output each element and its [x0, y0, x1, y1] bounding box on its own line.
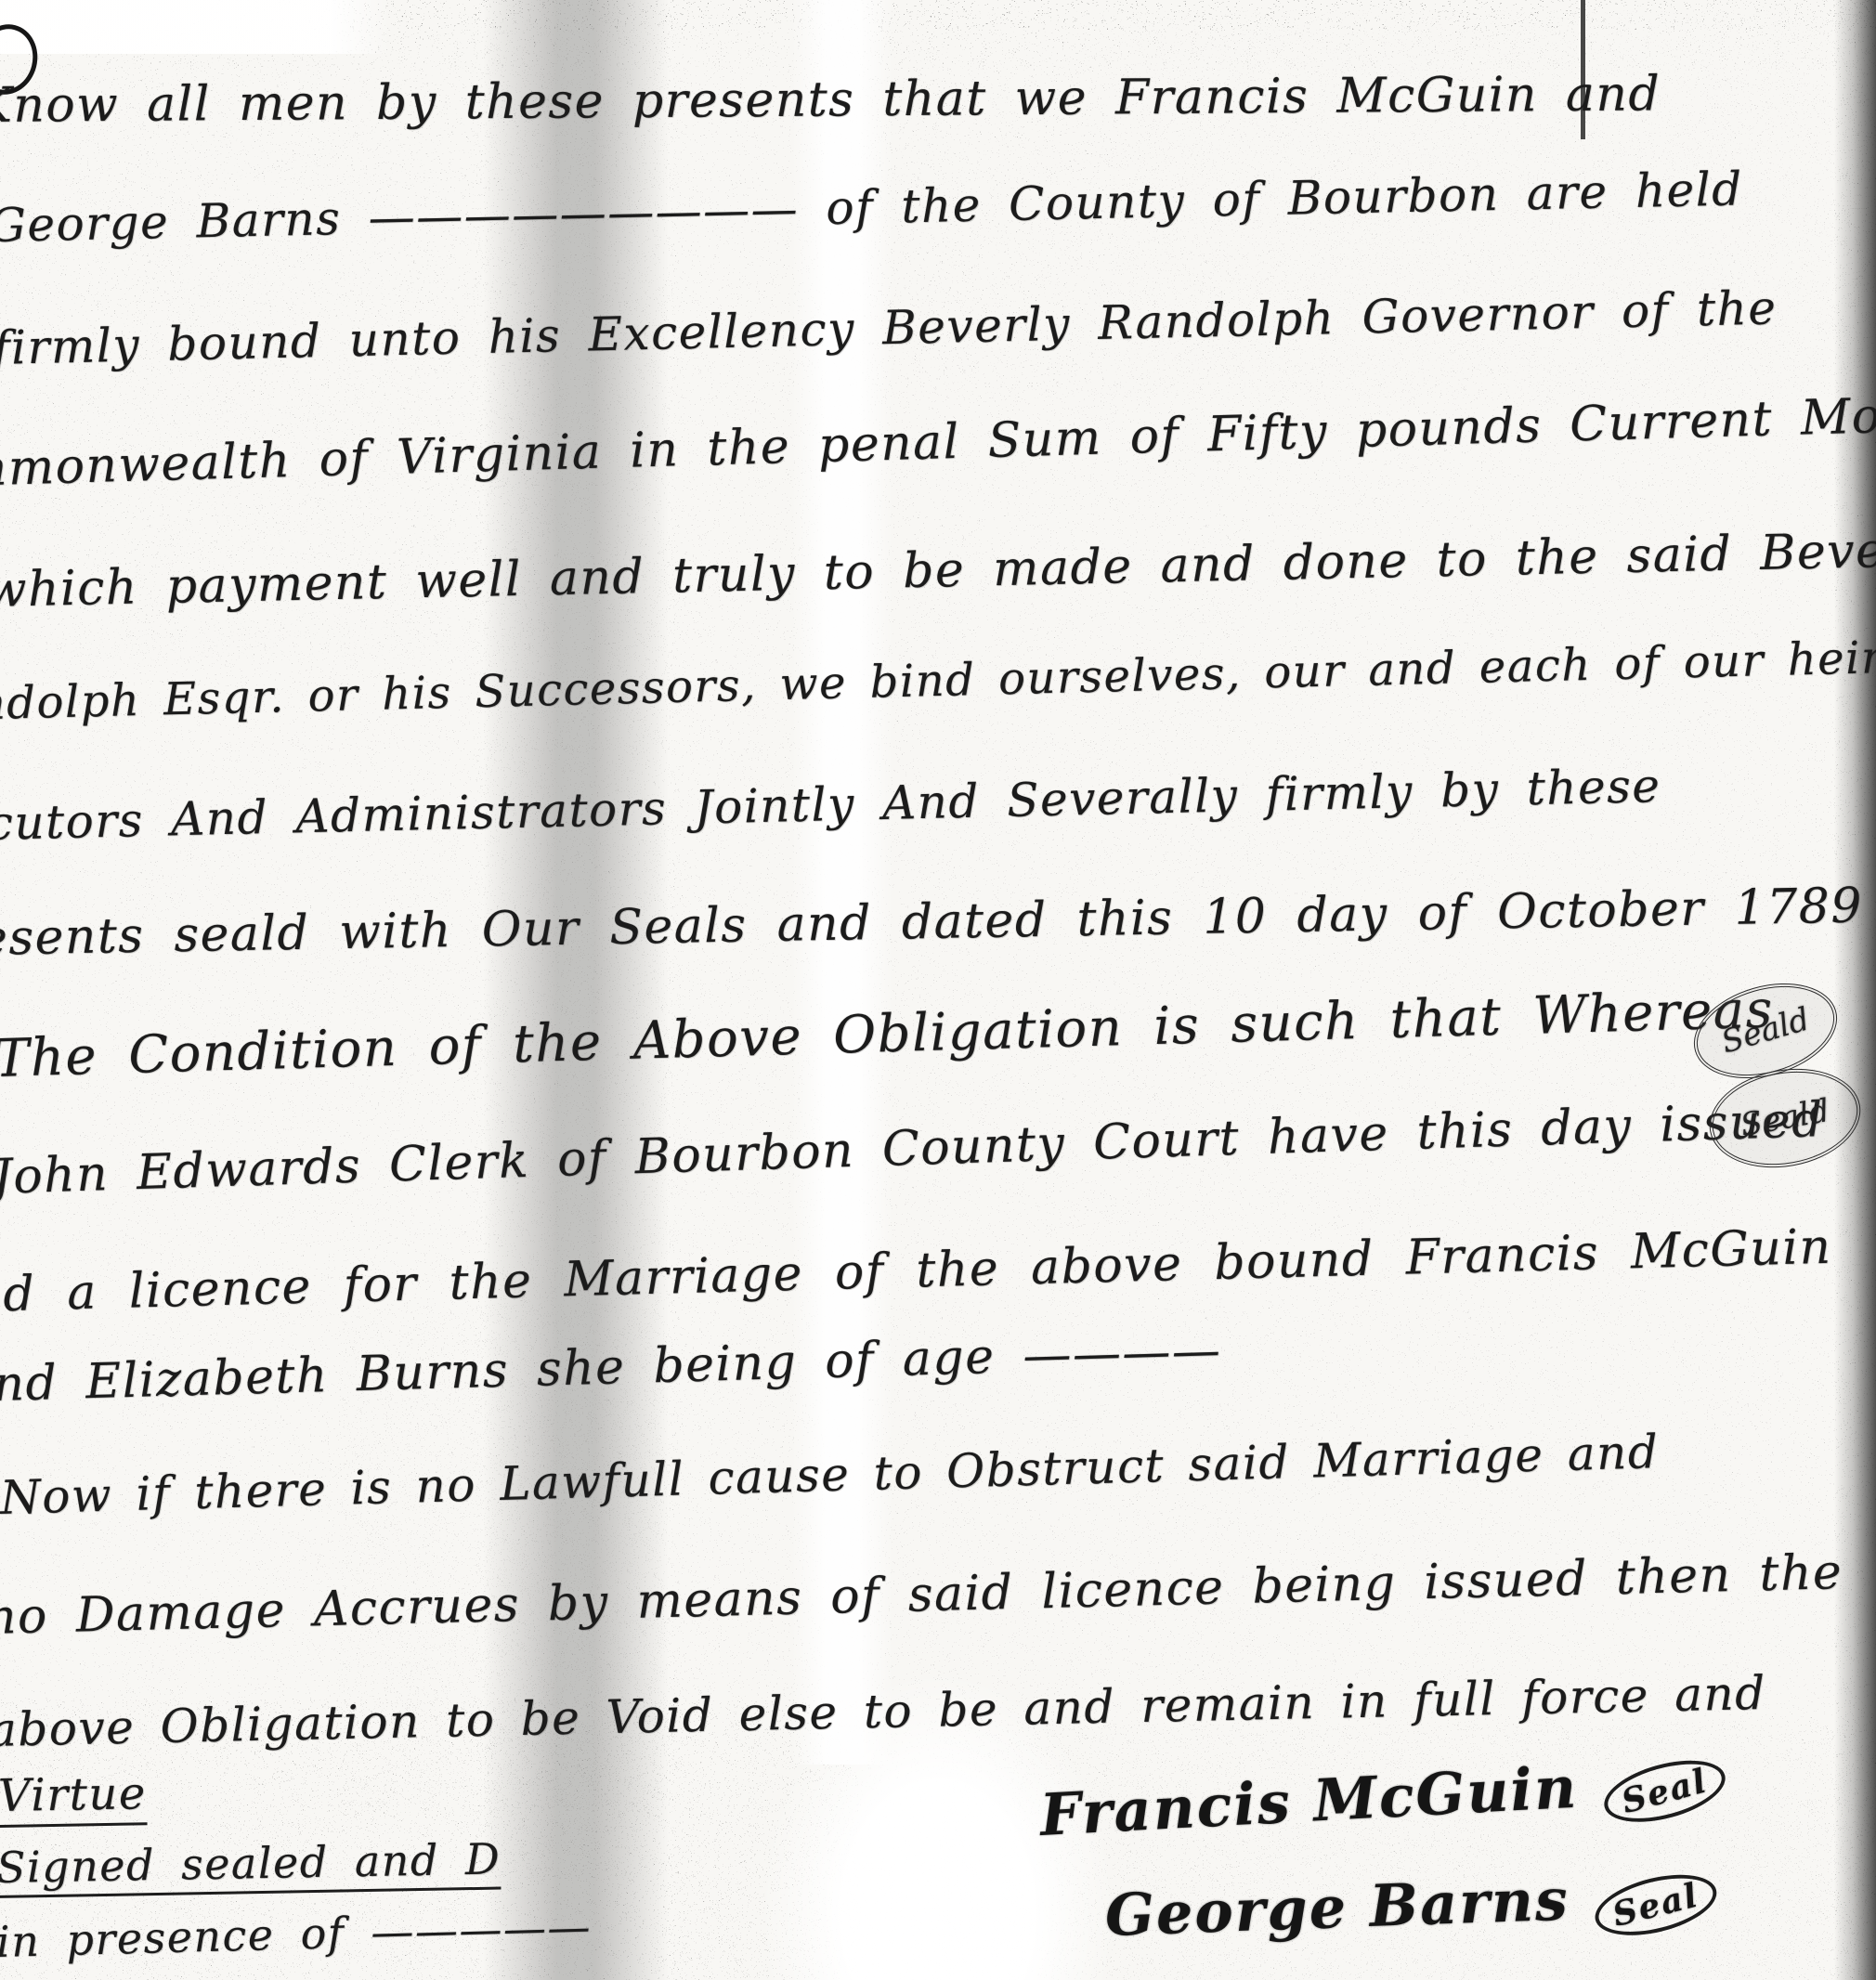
virtue-text: Virtue [0, 1767, 147, 1828]
seal-stamp-text: Seald [1717, 1001, 1814, 1062]
seal-stamp-text: Seald [1738, 1092, 1832, 1144]
scanned-document-page: Know all men by these presents that we F… [0, 0, 1876, 1980]
attestation-text: Signed sealed and D [0, 1834, 502, 1898]
attestation-line: Signed sealed and D [0, 1834, 502, 1893]
virtue-word: Virtue [0, 1767, 147, 1822]
document-line: Know all men by these presents that we F… [0, 66, 1661, 134]
